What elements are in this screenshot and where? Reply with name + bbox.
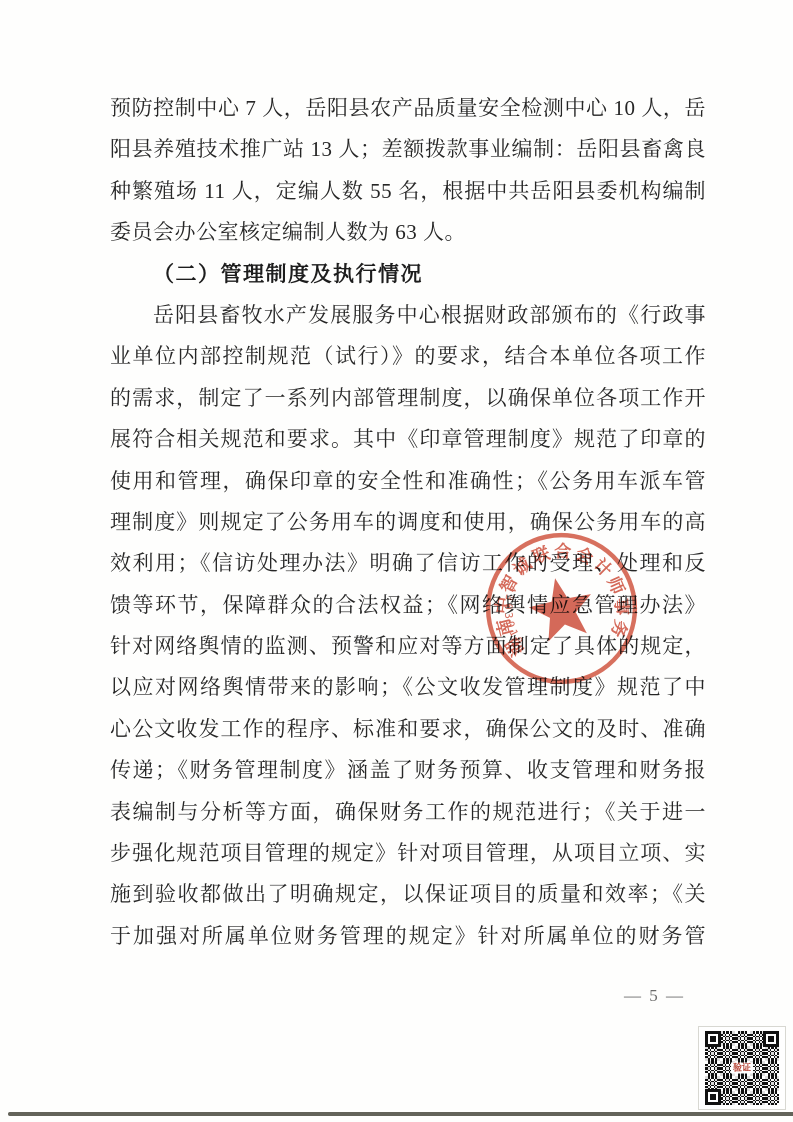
text-line: 馈等环节，保障群众的合法权益；《网络舆情应急管理办法》 — [110, 585, 706, 626]
scanned-document-page: { "doc": { "lines": [ "预防控制中心 7 人，岳阳县农产品… — [0, 0, 793, 1122]
text-line: 传递；《财务管理制度》涵盖了财务预算、收支管理和财务报 — [110, 750, 706, 791]
text-line: 种繁殖场 11 人，定编人数 55 名，根据中共岳阳县委机构编制 — [110, 171, 706, 212]
text-line: 表编制与分析等方面，确保财务工作的规范进行；《关于进一 — [110, 792, 706, 833]
text-line: 业单位内部控制规范（试行）》的要求，结合本单位各项工作 — [110, 336, 706, 377]
text-line: 岳阳县畜牧水产发展服务中心根据财政部颁布的《行政事 — [110, 295, 706, 336]
text-line: 以应对网络舆情带来的影响；《公文收发管理制度》规范了中 — [110, 667, 706, 708]
qr-code-panel: 验证 — [698, 1026, 786, 1110]
text-line: 于加强对所属单位财务管理的规定》针对所属单位的财务管理， — [110, 916, 706, 957]
page-background: 预防控制中心 7 人，岳阳县农产品质量安全检测中心 10 人，岳 阳县养殖技术推… — [0, 0, 793, 1122]
text-line: 展符合相关规范和要求。其中《印章管理制度》规范了印章的 — [110, 419, 706, 460]
text-line: 针对网络舆情的监测、预警和应对等方面制定了具体的规定， — [110, 626, 706, 667]
text-line: 施到验收都做出了明确规定，以保证项目的质量和效率；《关 — [110, 874, 706, 915]
qr-finder-pattern — [705, 1089, 721, 1105]
text-line: 预防控制中心 7 人，岳阳县农产品质量安全检测中心 10 人，岳 — [110, 88, 706, 129]
text-line: 步强化规范项目管理的规定》针对项目管理，从项目立项、实 — [110, 833, 706, 874]
text-line: 委员会办公室核定编制人数为 63 人。 — [110, 212, 706, 253]
section-heading: （二）管理制度及执行情况 — [110, 254, 706, 295]
text-line: 心公文收发工作的程序、标准和要求，确保公文的及时、准确 — [110, 709, 706, 750]
qr-code: 验证 — [705, 1031, 779, 1105]
page-number: — 5 — — [624, 986, 685, 1006]
qr-finder-pattern — [763, 1031, 779, 1047]
qr-center-label: 验证 — [731, 1063, 753, 1074]
text-line: 阳县养殖技术推广站 13 人；差额拨款事业编制：岳阳县畜禽良 — [110, 129, 706, 170]
scan-edge-line — [8, 1112, 793, 1116]
document-body: 预防控制中心 7 人，岳阳县农产品质量安全检测中心 10 人，岳 阳县养殖技术推… — [110, 88, 706, 957]
text-line: 效利用；《信访处理办法》明确了信访工作的受理、处理和反 — [110, 543, 706, 584]
text-line: 的需求，制定了一系列内部管理制度，以确保单位各项工作开 — [110, 378, 706, 419]
text-line: 理制度》则规定了公务用车的调度和使用，确保公务用车的高 — [110, 502, 706, 543]
qr-finder-pattern — [705, 1031, 721, 1047]
text-line: 使用和管理，确保印章的安全性和准确性；《公务用车派车管 — [110, 461, 706, 502]
